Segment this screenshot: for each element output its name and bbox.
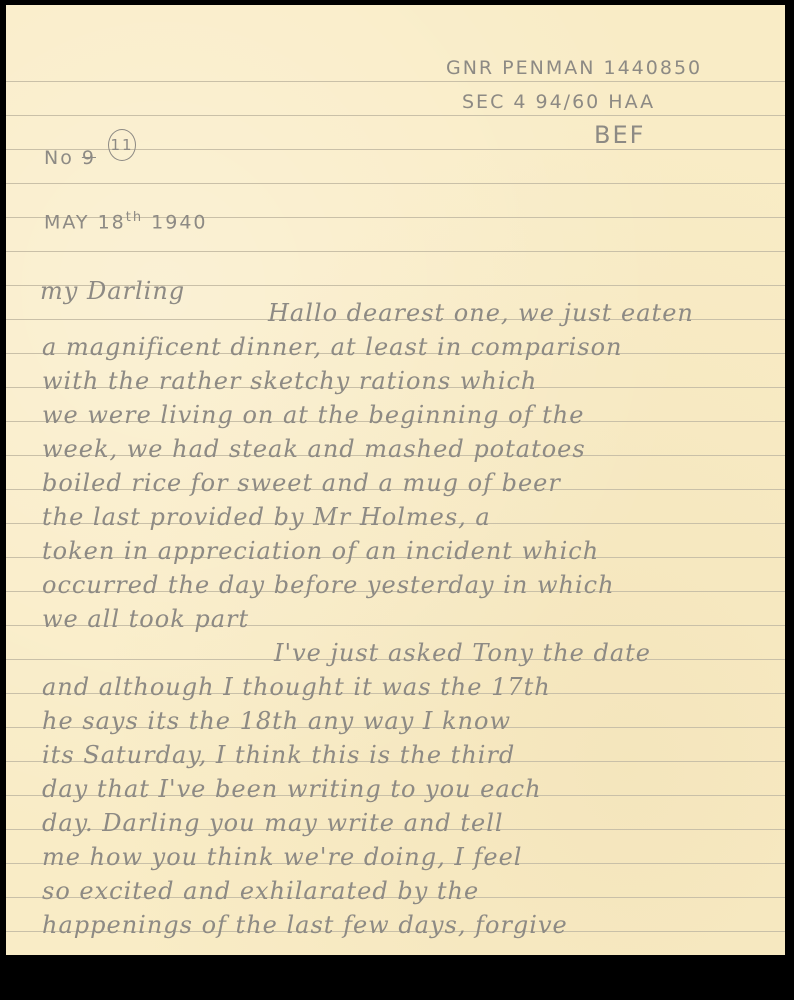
date-day-suffix: th <box>126 210 143 225</box>
body-line: with the rather sketchy rations which <box>42 367 537 395</box>
body-line: occurred the day before yesterday in whi… <box>42 571 615 599</box>
body-line: happenings of the last few days, forgive <box>42 911 568 939</box>
body-line: the last provided by Mr Holmes, a <box>42 503 491 531</box>
date-year: 1940 <box>151 211 207 233</box>
body-line: token in appreciation of an incident whi… <box>42 537 599 565</box>
body-line: we were living on at the beginning of th… <box>42 401 584 429</box>
ruled-line <box>6 115 785 116</box>
letter-number-label: No <box>44 147 74 169</box>
sender-unit-line: SEC 4 94/60 HAA <box>462 91 655 113</box>
sender-name-line: GNR PENMAN 1440850 <box>446 57 702 79</box>
body-line: and although I thought it was the 17th <box>42 673 551 701</box>
letter-number-circled: 11 <box>108 129 136 161</box>
ruled-line <box>6 183 785 184</box>
body-line: he says its the 18th any way I know <box>42 707 511 735</box>
ruled-line <box>6 81 785 82</box>
body-line: Hallo dearest one, we just eaten <box>268 299 694 327</box>
body-line: me how you think we're doing, I feel <box>42 843 522 871</box>
date-day: 18 <box>98 211 126 233</box>
sender-bef-line: BEF <box>594 121 645 149</box>
body-line: its Saturday, I think this is the third <box>42 741 515 769</box>
body-line: a magnificent dinner, at least in compar… <box>42 333 623 361</box>
date-month: MAY <box>44 211 90 233</box>
salutation: my Darling <box>40 277 185 305</box>
body-line: week, we had steak and mashed potatoes <box>42 435 586 463</box>
body-line: boiled rice for sweet and a mug of beer <box>42 469 561 497</box>
body-line: I've just asked Tony the date <box>274 639 651 667</box>
body-line: so excited and exhilarated by the <box>42 877 479 905</box>
letter-page: GNR PENMAN 1440850 SEC 4 94/60 HAA BEF N… <box>6 5 785 955</box>
body-line: day that I've been writing to you each <box>42 775 542 803</box>
body-line: we all took part <box>42 605 249 633</box>
body-line: day. Darling you may write and tell <box>42 809 504 837</box>
letter-number: No 9 11 <box>44 143 136 175</box>
ruled-line <box>6 251 785 252</box>
letter-number-struck: 9 <box>82 147 96 169</box>
letter-date: MAY 18th 1940 <box>44 210 208 233</box>
